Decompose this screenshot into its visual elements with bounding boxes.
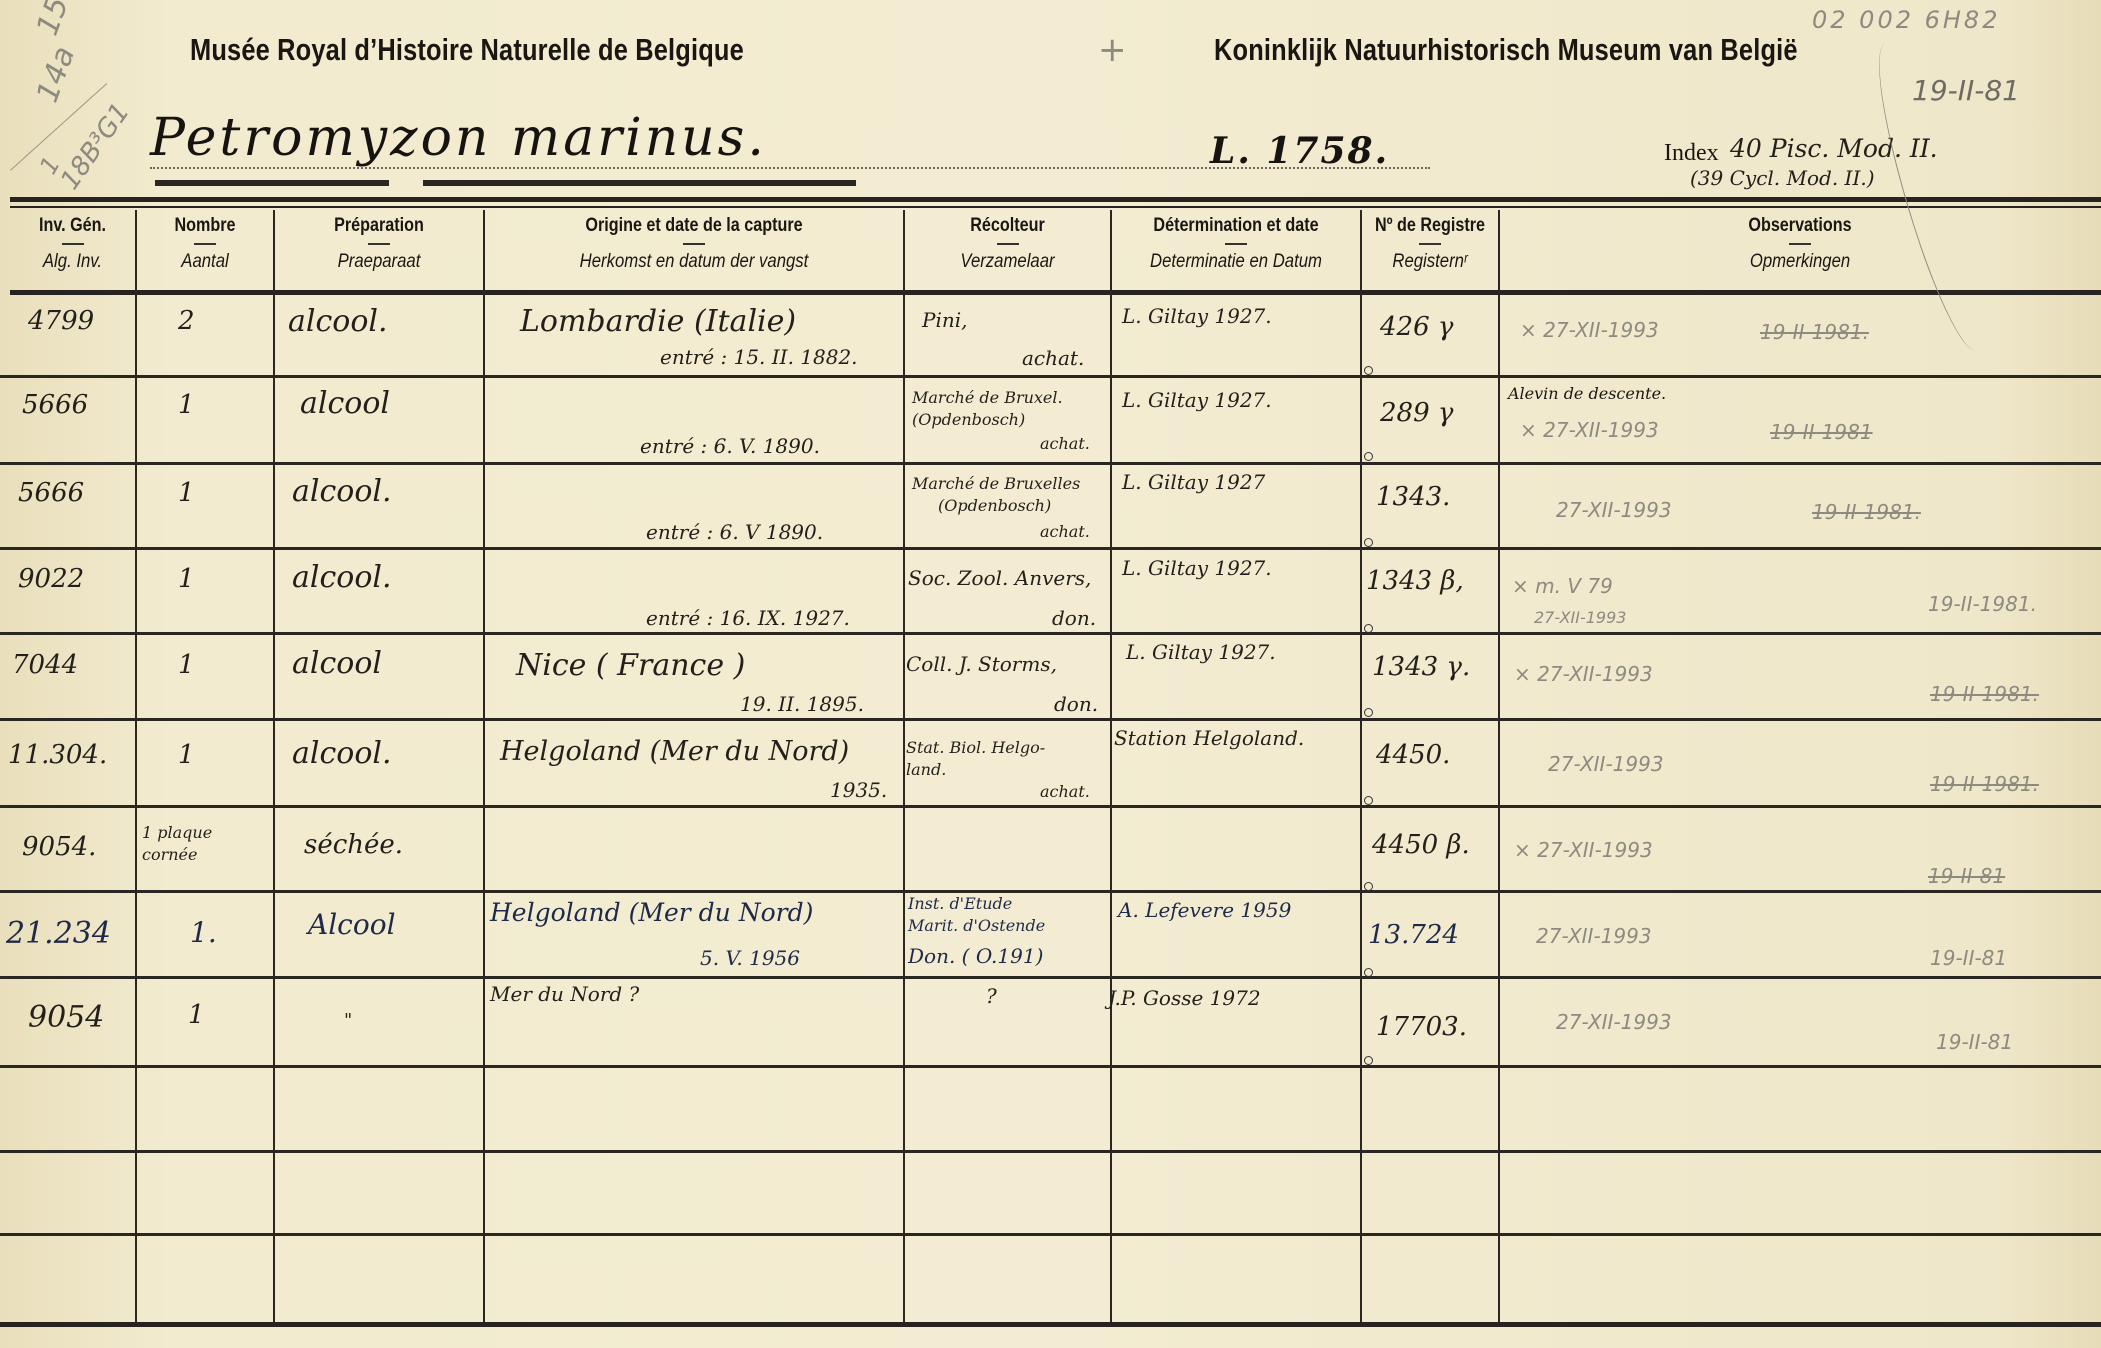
registry-circle-mark bbox=[1364, 1056, 1373, 1065]
cell-recolteur-type: Don. ( O.191) bbox=[908, 944, 1043, 968]
cell-nombre: 1. bbox=[190, 916, 217, 949]
cell-recolteur-detail: (Opdenbosch) bbox=[938, 496, 1051, 515]
cell-determination: L. Giltay 1927. bbox=[1122, 556, 1272, 580]
cell-recolteur-type: don. bbox=[1052, 606, 1096, 630]
cell-inv: 21.234 bbox=[6, 916, 111, 951]
cell-recolteur-type: achat. bbox=[1040, 434, 1090, 453]
col-header-registre: Nº de RegistreRegisternʳ bbox=[1362, 215, 1498, 273]
cell-prep: Alcool bbox=[308, 908, 396, 941]
cell-nombre: 1 bbox=[188, 1000, 205, 1030]
cell-nombre: 2 bbox=[178, 306, 195, 336]
cell-observation: 27-XII-1993 bbox=[1556, 498, 1672, 522]
cell-recolteur: Pini, bbox=[922, 308, 968, 332]
cell-determination: L. Giltay 1927. bbox=[1126, 640, 1276, 664]
registry-circle-mark bbox=[1364, 968, 1373, 977]
registry-circle-mark bbox=[1364, 708, 1373, 717]
row-divider bbox=[0, 976, 2101, 979]
cell-nombre: 1 plaque cornée bbox=[142, 822, 270, 866]
cell-inv: 9054 bbox=[28, 1000, 104, 1035]
revision-date: 19-II-81 bbox=[1912, 74, 2020, 107]
cell-observation-date: 19-II-81 bbox=[1930, 946, 2007, 970]
cell-recolteur-type: achat. bbox=[1022, 346, 1084, 370]
cell-origine: Mer du Nord ? bbox=[490, 982, 639, 1006]
cell-observation: × 27-XII-1993 bbox=[1520, 318, 1659, 342]
cell-prep: " bbox=[344, 1010, 352, 1031]
cell-inv: 5666 bbox=[18, 478, 84, 508]
cell-inv: 9022 bbox=[18, 564, 84, 594]
cell-date: entré : 15. II. 1882. bbox=[660, 345, 858, 369]
cell-recolteur-detail: (Opdenbosch) bbox=[912, 410, 1025, 429]
cell-observation: × 27-XII-1993 bbox=[1520, 418, 1659, 442]
cell-observation-date: 19-II-81 bbox=[1936, 1030, 2013, 1054]
cell-prep: alcool. bbox=[292, 474, 392, 509]
cell-recolteur-detail: Marit. d'Ostende bbox=[908, 916, 1045, 935]
institution-name-fr: Musée Royal d’Histoire Naturelle de Belg… bbox=[190, 32, 744, 68]
cell-registre: 4450. bbox=[1376, 740, 1450, 770]
cell-observation: × 27-XII-1993 bbox=[1514, 662, 1653, 686]
registry-circle-mark bbox=[1364, 366, 1373, 375]
registry-circle-mark bbox=[1364, 452, 1373, 461]
cell-recolteur-type: achat. bbox=[1040, 522, 1090, 541]
empty-table-row bbox=[0, 1236, 2101, 1320]
cell-origine: Lombardie (Italie) bbox=[520, 304, 796, 339]
cell-registre: 289 γ bbox=[1380, 398, 1453, 428]
registry-circle-mark bbox=[1364, 796, 1373, 805]
cell-origine: Helgoland (Mer du Nord) bbox=[490, 898, 813, 927]
cell-prep: séchée. bbox=[304, 830, 403, 860]
cell-recolteur: Stat. Biol. Helgo- bbox=[906, 738, 1045, 757]
cell-observation: 27-XII-1993 bbox=[1534, 608, 1626, 627]
margin-note-15c: 15c bbox=[30, 0, 82, 40]
cell-inv: 5666 bbox=[22, 390, 88, 420]
registry-circle-mark bbox=[1364, 624, 1373, 633]
row-divider bbox=[0, 805, 2101, 808]
cell-recolteur: Soc. Zool. Anvers, bbox=[908, 566, 1091, 590]
cell-registre: 4450 β. bbox=[1372, 830, 1470, 860]
cell-determination: L. Giltay 1927 bbox=[1122, 470, 1265, 494]
margin-note-shelf: 18B³G1 bbox=[55, 98, 136, 196]
cell-date: entré : 16. IX. 1927. bbox=[646, 606, 850, 630]
col-header-inv: Inv. Gén.Alg. Inv. bbox=[10, 215, 135, 273]
cell-recolteur: Marché de Bruxelles bbox=[912, 474, 1080, 493]
cell-prep: alcool. bbox=[288, 304, 388, 339]
cell-registre: 1343. bbox=[1376, 482, 1450, 512]
cell-observation-date: 19-II-1981. bbox=[1812, 500, 1921, 524]
cell-registre: 13.724 bbox=[1368, 920, 1459, 950]
cell-recolteur: Coll. J. Storms, bbox=[906, 652, 1057, 676]
row-divider bbox=[0, 632, 2101, 635]
cell-registre: 17703. bbox=[1376, 1012, 1467, 1042]
cell-observation-date: 19-II-1981. bbox=[1930, 682, 2039, 706]
species-author: L. 1758. bbox=[1210, 130, 1389, 172]
empty-table-row bbox=[0, 1068, 2101, 1148]
cell-prep: alcool. bbox=[292, 560, 392, 595]
row-divider bbox=[0, 718, 2101, 721]
empty-table-row bbox=[0, 1153, 2101, 1231]
header-rule-top-thin bbox=[10, 206, 2101, 208]
header-rule-top bbox=[10, 197, 2101, 202]
cell-inv: 7044 bbox=[12, 650, 78, 680]
cell-observation-note: × m. V 79 bbox=[1512, 574, 1613, 598]
cell-inv: 9054. bbox=[22, 832, 96, 862]
registry-circle-mark bbox=[1364, 538, 1373, 547]
index-sub: (39 Cycl. Mod. II.) bbox=[1690, 166, 1875, 190]
cell-determination: Station Helgoland. bbox=[1114, 726, 1304, 750]
cell-origine: Nice ( France ) bbox=[516, 648, 745, 683]
cell-determination: A. Lefevere 1959 bbox=[1118, 898, 1291, 922]
cell-observation: × 27-XII-1993 bbox=[1514, 838, 1653, 862]
cell-inv: 11.304. bbox=[8, 740, 107, 770]
cell-observation-date: 19-II-81 bbox=[1928, 864, 2005, 888]
cell-date: 19. II. 1895. bbox=[740, 692, 864, 716]
registry-circle-mark bbox=[1364, 882, 1373, 891]
species-name: Petromyzon marinus. bbox=[150, 108, 767, 168]
cell-nombre: 1 bbox=[178, 390, 195, 420]
cell-recolteur: Inst. d'Etude bbox=[908, 894, 1012, 913]
cell-observation: 27-XII-1993 bbox=[1556, 1010, 1672, 1034]
col-header-observations: ObservationsOpmerkingen bbox=[1500, 215, 2100, 273]
col-header-preparation: PréparationPraeparaat bbox=[275, 215, 483, 273]
cell-registre: 426 γ bbox=[1380, 312, 1453, 342]
cell-date: entré : 6. V 1890. bbox=[646, 520, 823, 544]
col-header-recolteur: RécolteurVerzamelaar bbox=[905, 215, 1110, 273]
cell-observation-date: 19-II-1981. bbox=[1930, 772, 2039, 796]
col-header-nombre: NombreAantal bbox=[137, 215, 273, 273]
cell-observation-note: Alevin de descente. bbox=[1508, 384, 1666, 403]
cell-recolteur-type: don. bbox=[1054, 692, 1098, 716]
col-header-origine: Origine et date de la captureHerkomst en… bbox=[485, 215, 903, 273]
row-divider bbox=[0, 462, 2101, 465]
cell-recolteur-type: achat. bbox=[1040, 782, 1090, 801]
cell-nombre: 1 bbox=[178, 740, 195, 770]
catalog-code: 02 002 6H82 bbox=[1812, 6, 2000, 34]
cell-observation: 27-XII-1993 bbox=[1536, 924, 1652, 948]
cell-determination: J.P. Gosse 1972 bbox=[1108, 986, 1261, 1010]
index-label: Index bbox=[1664, 140, 1719, 167]
cross-mark: + bbox=[1098, 30, 1127, 70]
cell-recolteur-detail: land. bbox=[906, 760, 946, 779]
cell-prep: alcool. bbox=[292, 736, 392, 771]
cell-recolteur: Marché de Bruxel. bbox=[912, 388, 1063, 407]
row-divider bbox=[0, 890, 2101, 893]
cell-registre: 1343 γ. bbox=[1372, 652, 1470, 682]
cell-observation-date: 19-II-1981. bbox=[1760, 320, 1869, 344]
row-divider bbox=[0, 375, 2101, 378]
cell-nombre: 1 bbox=[178, 564, 195, 594]
footer-rule bbox=[0, 1322, 2101, 1327]
cell-prep: alcool bbox=[292, 646, 382, 681]
cell-date: 5. V. 1956 bbox=[700, 946, 800, 970]
cell-recolteur: ? bbox=[986, 984, 997, 1008]
cell-nombre: 1 bbox=[178, 478, 195, 508]
cell-determination: L. Giltay 1927. bbox=[1122, 304, 1272, 328]
species-underline-epithet bbox=[423, 180, 856, 186]
museum-catalog-card: 15c 14a 1 18B³G1 Musée Royal d’Histoire … bbox=[0, 0, 2101, 1348]
margin-note-14a: 14a bbox=[30, 42, 82, 107]
row-divider bbox=[0, 547, 2101, 550]
cell-observation-date: 19-II-1981. bbox=[1928, 592, 2037, 616]
cell-registre: 1343 β, bbox=[1366, 566, 1464, 596]
institution-name-nl: Koninklijk Natuurhistorisch Museum van B… bbox=[1214, 32, 1798, 68]
header-rule-bottom bbox=[10, 290, 2101, 295]
cell-determination: L. Giltay 1927. bbox=[1122, 388, 1272, 412]
cell-prep: alcool bbox=[300, 386, 390, 421]
cell-inv: 4799 bbox=[28, 306, 94, 336]
cell-observation-date: 19-II-1981 bbox=[1770, 420, 1873, 444]
cell-date: 1935. bbox=[830, 778, 887, 802]
col-header-determination: Détermination et dateDeterminatie en Dat… bbox=[1112, 215, 1360, 273]
species-underline-genus bbox=[155, 180, 389, 186]
cell-origine: Helgoland (Mer du Nord) bbox=[500, 736, 849, 767]
cell-nombre: 1 bbox=[178, 650, 195, 680]
cell-observation: 27-XII-1993 bbox=[1548, 752, 1664, 776]
cell-date: entré : 6. V. 1890. bbox=[640, 434, 820, 458]
